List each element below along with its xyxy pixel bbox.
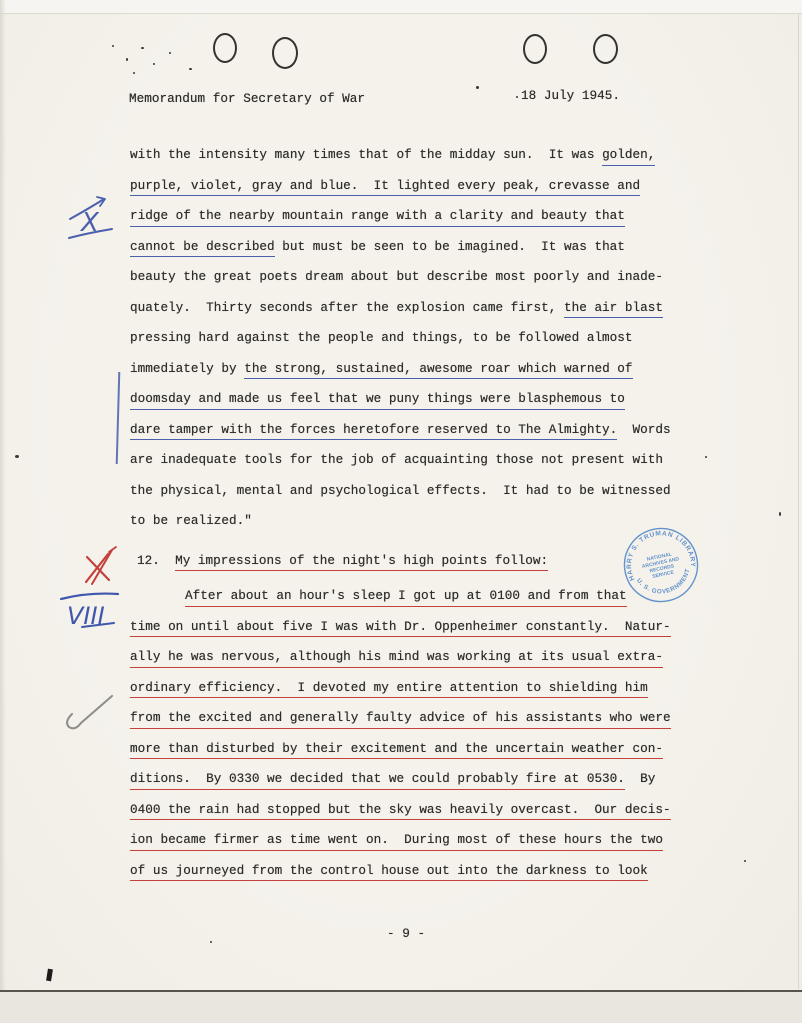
text-line: cannot be described but must be seen to … bbox=[130, 232, 710, 263]
plain-text: beauty the great poets dream about but d… bbox=[130, 269, 663, 284]
plain-text: are inadequate tools for the job of acqu… bbox=[130, 452, 663, 467]
scan-top-edge bbox=[0, 0, 802, 14]
underlined-text: After about an hour's sleep I got up at … bbox=[185, 588, 627, 607]
text-line: ditions. By 0330 we decided that we coul… bbox=[130, 764, 710, 795]
margin-x-annotation: X bbox=[64, 190, 116, 244]
noise-speck bbox=[169, 52, 171, 54]
noise-speck bbox=[112, 45, 114, 47]
text-line: of us journeyed from the control house o… bbox=[130, 856, 710, 887]
plain-text: Words bbox=[617, 422, 670, 437]
plain-text: pressing hard against the people and thi… bbox=[130, 330, 633, 345]
underlined-text: ridge of the nearby mountain range with … bbox=[130, 208, 625, 227]
memo-header-date: 18 July 1945. bbox=[521, 88, 620, 103]
page-number: - 9 - bbox=[387, 926, 425, 941]
text-line: quately. Thirty seconds after the explos… bbox=[130, 293, 710, 324]
underlined-text: golden, bbox=[602, 147, 655, 166]
underlined-text: ordinary efficiency. I devoted my entire… bbox=[130, 680, 648, 699]
underlined-text: more than disturbed by their excitement … bbox=[130, 741, 663, 760]
text-line: ally he was nervous, although his mind w… bbox=[130, 642, 710, 673]
underlined-text: purple, violet, gray and blue. It lighte… bbox=[130, 178, 640, 197]
punch-hole bbox=[272, 37, 298, 69]
pencil-checkmark bbox=[56, 688, 118, 736]
text-line: ion became firmer as time went on. Durin… bbox=[130, 825, 710, 856]
text-line: more than disturbed by their excitement … bbox=[130, 734, 710, 765]
memo-body: with the intensity many times that of th… bbox=[130, 140, 710, 886]
text-line: are inadequate tools for the job of acqu… bbox=[130, 445, 710, 476]
noise-speck bbox=[705, 456, 707, 458]
text-line: the physical, mental and psychological e… bbox=[130, 476, 710, 507]
noise-speck bbox=[133, 72, 135, 74]
crossed-out-x-annotation bbox=[79, 543, 119, 587]
noise-speck bbox=[153, 63, 155, 65]
underlined-text: My impressions of the night's high point… bbox=[175, 553, 548, 572]
plain-text: but must be seen to be imagined. It was … bbox=[275, 239, 625, 254]
plain-text: the physical, mental and psychological e… bbox=[130, 483, 671, 498]
margin-numeral-viii: VIII bbox=[52, 586, 124, 632]
text-line: purple, violet, gray and blue. It lighte… bbox=[130, 171, 710, 202]
noise-speck bbox=[126, 58, 128, 61]
noise-speck bbox=[476, 86, 479, 89]
underlined-text: cannot be described bbox=[130, 239, 275, 258]
plain-text: quately. Thirty seconds after the explos… bbox=[130, 300, 564, 315]
plain-text: By bbox=[625, 771, 655, 786]
scan-bottom-area bbox=[0, 992, 802, 1023]
text-line: with the intensity many times that of th… bbox=[130, 140, 710, 171]
text-line: doomsday and made us feel that we puny t… bbox=[130, 384, 710, 415]
plain-text: 12. bbox=[137, 553, 175, 568]
text-line: from the excited and generally faulty ad… bbox=[130, 703, 710, 734]
text-line: ridge of the nearby mountain range with … bbox=[130, 201, 710, 232]
plain-text: with the intensity many times that of th… bbox=[130, 147, 602, 162]
truman-library-stamp: HARRY S. TRUMAN LIBRARY U. S. GOVERNMENT… bbox=[610, 515, 712, 615]
underlined-text: dare tamper with the forces heretofore r… bbox=[130, 422, 617, 441]
text-line: time on until about five I was with Dr. … bbox=[130, 612, 710, 643]
noise-speck bbox=[516, 96, 518, 98]
punch-hole bbox=[593, 34, 618, 64]
underlined-text: from the excited and generally faulty ad… bbox=[130, 710, 671, 729]
plain-text: immediately by bbox=[130, 361, 244, 376]
scan-right-edge bbox=[798, 14, 799, 989]
underlined-text: ditions. By 0330 we decided that we coul… bbox=[130, 771, 625, 790]
text-line: dare tamper with the forces heretofore r… bbox=[130, 415, 710, 446]
noise-speck bbox=[779, 512, 781, 516]
text-line: pressing hard against the people and thi… bbox=[130, 323, 710, 354]
underlined-text: the air blast bbox=[564, 300, 663, 319]
text-line: immediately by the strong, sustained, aw… bbox=[130, 354, 710, 385]
punch-hole bbox=[213, 33, 237, 63]
underlined-text: 0400 the rain had stopped but the sky wa… bbox=[130, 802, 671, 821]
text-line: ordinary efficiency. I devoted my entire… bbox=[130, 673, 710, 704]
underlined-text: of us journeyed from the control house o… bbox=[130, 863, 648, 882]
punch-hole bbox=[523, 34, 547, 64]
text-line: 0400 the rain had stopped but the sky wa… bbox=[130, 795, 710, 826]
text-line: beauty the great poets dream about but d… bbox=[130, 262, 710, 293]
scan-left-edge bbox=[0, 0, 6, 1023]
underlined-text: ally he was nervous, although his mind w… bbox=[130, 649, 663, 668]
noise-speck bbox=[15, 455, 19, 458]
underlined-text: ion became firmer as time went on. Durin… bbox=[130, 832, 663, 851]
underlined-text: the strong, sustained, awesome roar whic… bbox=[244, 361, 632, 380]
memo-header-title: Memorandum for Secretary of War bbox=[129, 91, 365, 106]
underlined-text: time on until about five I was with Dr. … bbox=[130, 619, 671, 638]
noise-speck bbox=[210, 941, 212, 943]
noise-speck bbox=[189, 68, 192, 70]
underlined-text: doomsday and made us feel that we puny t… bbox=[130, 391, 625, 410]
noise-speck bbox=[744, 860, 746, 862]
noise-speck bbox=[141, 47, 144, 49]
plain-text: to be realized." bbox=[130, 513, 252, 528]
